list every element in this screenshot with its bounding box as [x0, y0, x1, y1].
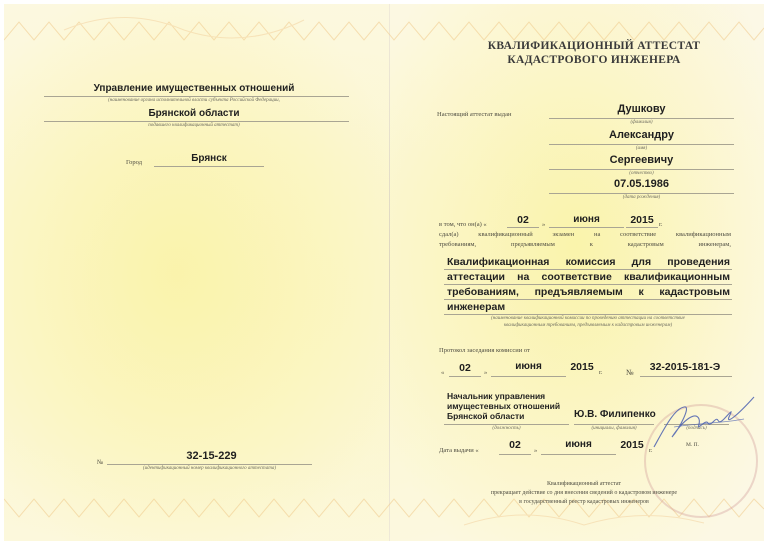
patronymic-hint: (отчество): [549, 171, 734, 176]
region-line: [44, 121, 349, 122]
commission-hint-2: квалификационным требованиям, предъявляе…: [444, 323, 732, 328]
city-line: [154, 166, 264, 167]
issue-month: июня: [541, 439, 616, 450]
exam-month-line: [549, 227, 624, 228]
issue-year: 2015: [616, 439, 648, 451]
signer-position-line: Начальник управления: [447, 391, 577, 401]
protocol-number-line: [640, 376, 732, 377]
issue-month-line: [541, 454, 616, 455]
signer-position-line-rule: [444, 424, 569, 425]
footer-line-1: Квалификационный аттестат: [434, 481, 734, 487]
title-line-1: КВАЛИФИКАЦИОННЫЙ АТТЕСТАТ: [429, 40, 759, 52]
certificate-number: 32-15-229: [114, 450, 309, 462]
guilloche-border-top: [4, 10, 764, 44]
exam-text-line-1: сдал(а) квалификационный экзамен на соот…: [439, 231, 731, 238]
certificate-document: Управление имущественных отношений (наим…: [4, 4, 764, 541]
number-label: №: [97, 459, 103, 466]
page-fold: [389, 4, 390, 541]
exam-day: 02: [509, 214, 537, 226]
region-name: Брянской области: [44, 108, 344, 119]
authority-hint: (наименование органа исполнительной влас…: [44, 98, 344, 103]
protocol-open-quote: «: [441, 369, 444, 376]
protocol-number-label: №: [626, 368, 634, 377]
protocol-close-quote: »: [484, 369, 487, 376]
exam-year-suffix: г.: [659, 221, 663, 228]
patronymic-line: [549, 169, 734, 170]
issue-year-suffix: г.: [649, 447, 653, 454]
region-hint: подавшего квалификационный аттестат): [44, 123, 344, 128]
authority-line: [44, 96, 349, 97]
surname-hint: (фамилия): [549, 120, 734, 125]
commission-line-rule: [444, 269, 732, 270]
exam-month: июня: [549, 214, 624, 225]
protocol-year: 2015: [566, 361, 598, 373]
given-name-line: [549, 144, 734, 145]
commission-line-rule: [444, 299, 732, 300]
issue-close-quote: »: [534, 447, 537, 454]
protocol-month: июня: [491, 361, 566, 372]
signer-position: Начальник управления имущестевных отноше…: [447, 391, 577, 421]
commission-line-rule: [444, 284, 732, 285]
title-line-2: КАДАСТРОВОГО ИНЖЕНЕРА: [429, 54, 759, 66]
number-hint: (идентификационный номер квалификационно…: [107, 466, 312, 471]
protocol-label: Протокол заседания комиссии от: [439, 347, 530, 354]
issued-to-label: Настоящий аттестат выдан: [437, 111, 511, 118]
surname-line: [549, 118, 734, 119]
commission-line: аттестации на соответствие квалификацион…: [447, 270, 730, 285]
issue-day-line: [499, 454, 531, 455]
exam-year: 2015: [626, 214, 658, 226]
issue-day: 02: [501, 439, 529, 451]
protocol-day: 02: [451, 362, 479, 374]
birth-date-line: [549, 193, 734, 194]
exam-text-line-2: требованиям, предъявляемым к кадастровым…: [439, 241, 731, 248]
footer-line-2: прекращает действие со дня внесения свед…: [434, 490, 734, 496]
signer-name-line: [574, 424, 654, 425]
given-name-hint: (имя): [549, 146, 734, 151]
authority-name: Управление имущественных отношений: [44, 83, 344, 94]
birth-date-hint: (дата рождения): [549, 195, 734, 200]
commission-block: Квалификационная комиссия для проведения…: [447, 255, 730, 315]
surname: Душкову: [554, 103, 729, 115]
signer-position-line: имущестевных отношений: [447, 401, 577, 411]
protocol-year-suffix: г.: [599, 369, 603, 376]
exam-quote-close: »: [542, 221, 545, 228]
number-line: [107, 464, 312, 465]
protocol-month-line: [491, 376, 566, 377]
commission-line: инженерам: [447, 300, 730, 315]
city-value: Брянск: [154, 153, 264, 164]
commission-hint-1: (наименование квалификационной комиссии …: [444, 316, 732, 321]
patronymic: Сергеевичу: [554, 154, 729, 166]
exam-year-line: [626, 227, 658, 228]
signer-position-line: Брянской области: [447, 411, 577, 421]
signature-icon: [644, 389, 764, 459]
signer-position-hint: (должность): [444, 426, 569, 431]
exam-day-line: [507, 227, 539, 228]
commission-line-rule: [444, 314, 732, 315]
commission-line: требованиям, предъявляемым к кадастровым: [447, 285, 730, 300]
given-name: Александру: [554, 129, 729, 141]
birth-date: 07.05.1986: [554, 178, 729, 190]
issue-date-label: Дата выдачи «: [439, 447, 479, 454]
city-label: Город: [126, 159, 142, 166]
commission-line: Квалификационная комиссия для проведения: [447, 255, 730, 270]
footer-line-3: в государственный реестр кадастровых инж…: [434, 499, 734, 505]
protocol-day-line: [449, 376, 481, 377]
exam-prefix: в том, что он(а) «: [439, 221, 487, 228]
protocol-number: 32-2015-181-Э: [640, 361, 730, 373]
signer-name-hint: (инициалы, фамилия): [574, 426, 654, 431]
